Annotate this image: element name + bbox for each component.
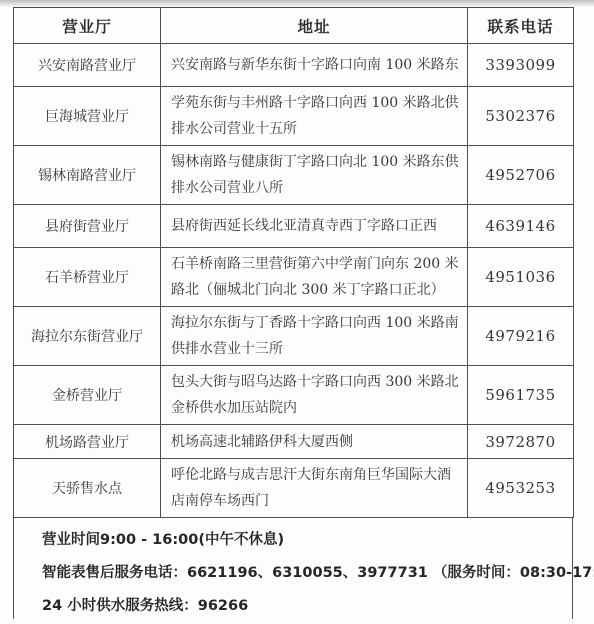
address-cell: 兴安南路与新华东街十字路口向南 100 米路东: [161, 44, 468, 87]
hall-name-cell: 海拉尔东街营业厅: [14, 307, 161, 366]
phone-cell: 4979216: [468, 307, 574, 366]
address-cell: 锡林南路与健康街丁字路口向北 100 米路东供排水公司营业八所: [161, 146, 468, 205]
hall-name-cell: 金桥营业厅: [14, 366, 161, 425]
address-cell: 呼伦北路与成吉思汗大街东南角巨华国际大酒店南停车场西门: [161, 459, 468, 518]
notice-footer: 营业时间9:00 - 16:00(中午不休息) 智能表售后服务电话：662119…: [13, 518, 573, 619]
column-header-hall: 营业厅: [14, 8, 161, 44]
address-cell: 学苑东街与丰州路十字路口向西 100 米路北供排水公司营业十五所: [161, 87, 468, 146]
table-row: 巨海城营业厅 学苑东街与丰州路十字路口向西 100 米路北供排水公司营业十五所 …: [14, 87, 574, 146]
column-header-phone: 联系电话: [468, 8, 574, 44]
phone-cell: 4953253: [468, 459, 574, 518]
address-cell: 县府街西延长线北亚清真寺西丁字路口正西: [161, 205, 468, 248]
water-supply-hotline-line: 24 小时供水服务热线：96266: [42, 597, 562, 616]
address-cell: 石羊桥南路三里营街第六中学南门向东 200 米路北（俪城北门向北 300 米丁字…: [161, 248, 468, 307]
table-row: 兴安南路营业厅 兴安南路与新华东街十字路口向南 100 米路东 3393099: [14, 44, 574, 87]
header-row: 营业厅 地址 联系电话: [14, 8, 574, 44]
phone-cell: 5302376: [468, 87, 574, 146]
table-row: 石羊桥营业厅 石羊桥南路三里营街第六中学南门向东 200 米路北（俪城北门向北 …: [14, 248, 574, 307]
scan-top-edge: [0, 0, 594, 7]
address-cell: 海拉尔东街与丁香路十字路口向西 100 米路南供排水营业十三所: [161, 307, 468, 366]
address-cell: 机场高速北辅路伊科大厦西侧: [161, 425, 468, 459]
table-row: 天骄售水点 呼伦北路与成吉思汗大街东南角巨华国际大酒店南停车场西门 495325…: [14, 459, 574, 518]
business-hours-line: 营业时间9:00 - 16:00(中午不休息): [42, 531, 562, 550]
hall-name-cell: 天骄售水点: [14, 459, 161, 518]
hall-name-cell: 兴安南路营业厅: [14, 44, 161, 87]
phone-cell: 4951036: [468, 248, 574, 307]
hall-name-cell: 石羊桥营业厅: [14, 248, 161, 307]
hall-name-cell: 锡林南路营业厅: [14, 146, 161, 205]
phone-cell: 3393099: [468, 44, 574, 87]
address-cell: 包头大街与昭乌达路十字路口向西 300 米路北金桥供水加压站院内: [161, 366, 468, 425]
table-row: 海拉尔东街营业厅 海拉尔东街与丁香路十字路口向西 100 米路南供排水营业十三所…: [14, 307, 574, 366]
table-body: 兴安南路营业厅 兴安南路与新华东街十字路口向南 100 米路东 3393099 …: [14, 44, 574, 518]
table-row: 金桥营业厅 包头大街与昭乌达路十字路口向西 300 米路北金桥供水加压站院内 5…: [14, 366, 574, 425]
table-row: 锡林南路营业厅 锡林南路与健康街丁字路口向北 100 米路东供排水公司营业八所 …: [14, 146, 574, 205]
phone-cell: 3972870: [468, 425, 574, 459]
hall-name-cell: 机场路营业厅: [14, 425, 161, 459]
table-row: 机场路营业厅 机场高速北辅路伊科大厦西侧 3972870: [14, 425, 574, 459]
hall-name-cell: 巨海城营业厅: [14, 87, 161, 146]
hall-name-cell: 县府街营业厅: [14, 205, 161, 248]
table-row: 县府街营业厅 县府街西延长线北亚清真寺西丁字路口正西 4639146: [14, 205, 574, 248]
table-header: 营业厅 地址 联系电话: [14, 8, 574, 44]
phone-cell: 4952706: [468, 146, 574, 205]
branch-table: 营业厅 地址 联系电话 兴安南路营业厅 兴安南路与新华东街十字路口向南 100 …: [13, 7, 574, 518]
phone-cell: 5961735: [468, 366, 574, 425]
scanned-notice-page: 营业厅 地址 联系电话 兴安南路营业厅 兴安南路与新华东街十字路口向南 100 …: [0, 0, 594, 624]
column-header-address: 地址: [161, 8, 468, 44]
smart-meter-service-line: 智能表售后服务电话：6621196、6310055、3977731 （服务时间：…: [42, 564, 562, 583]
phone-cell: 4639146: [468, 205, 574, 248]
